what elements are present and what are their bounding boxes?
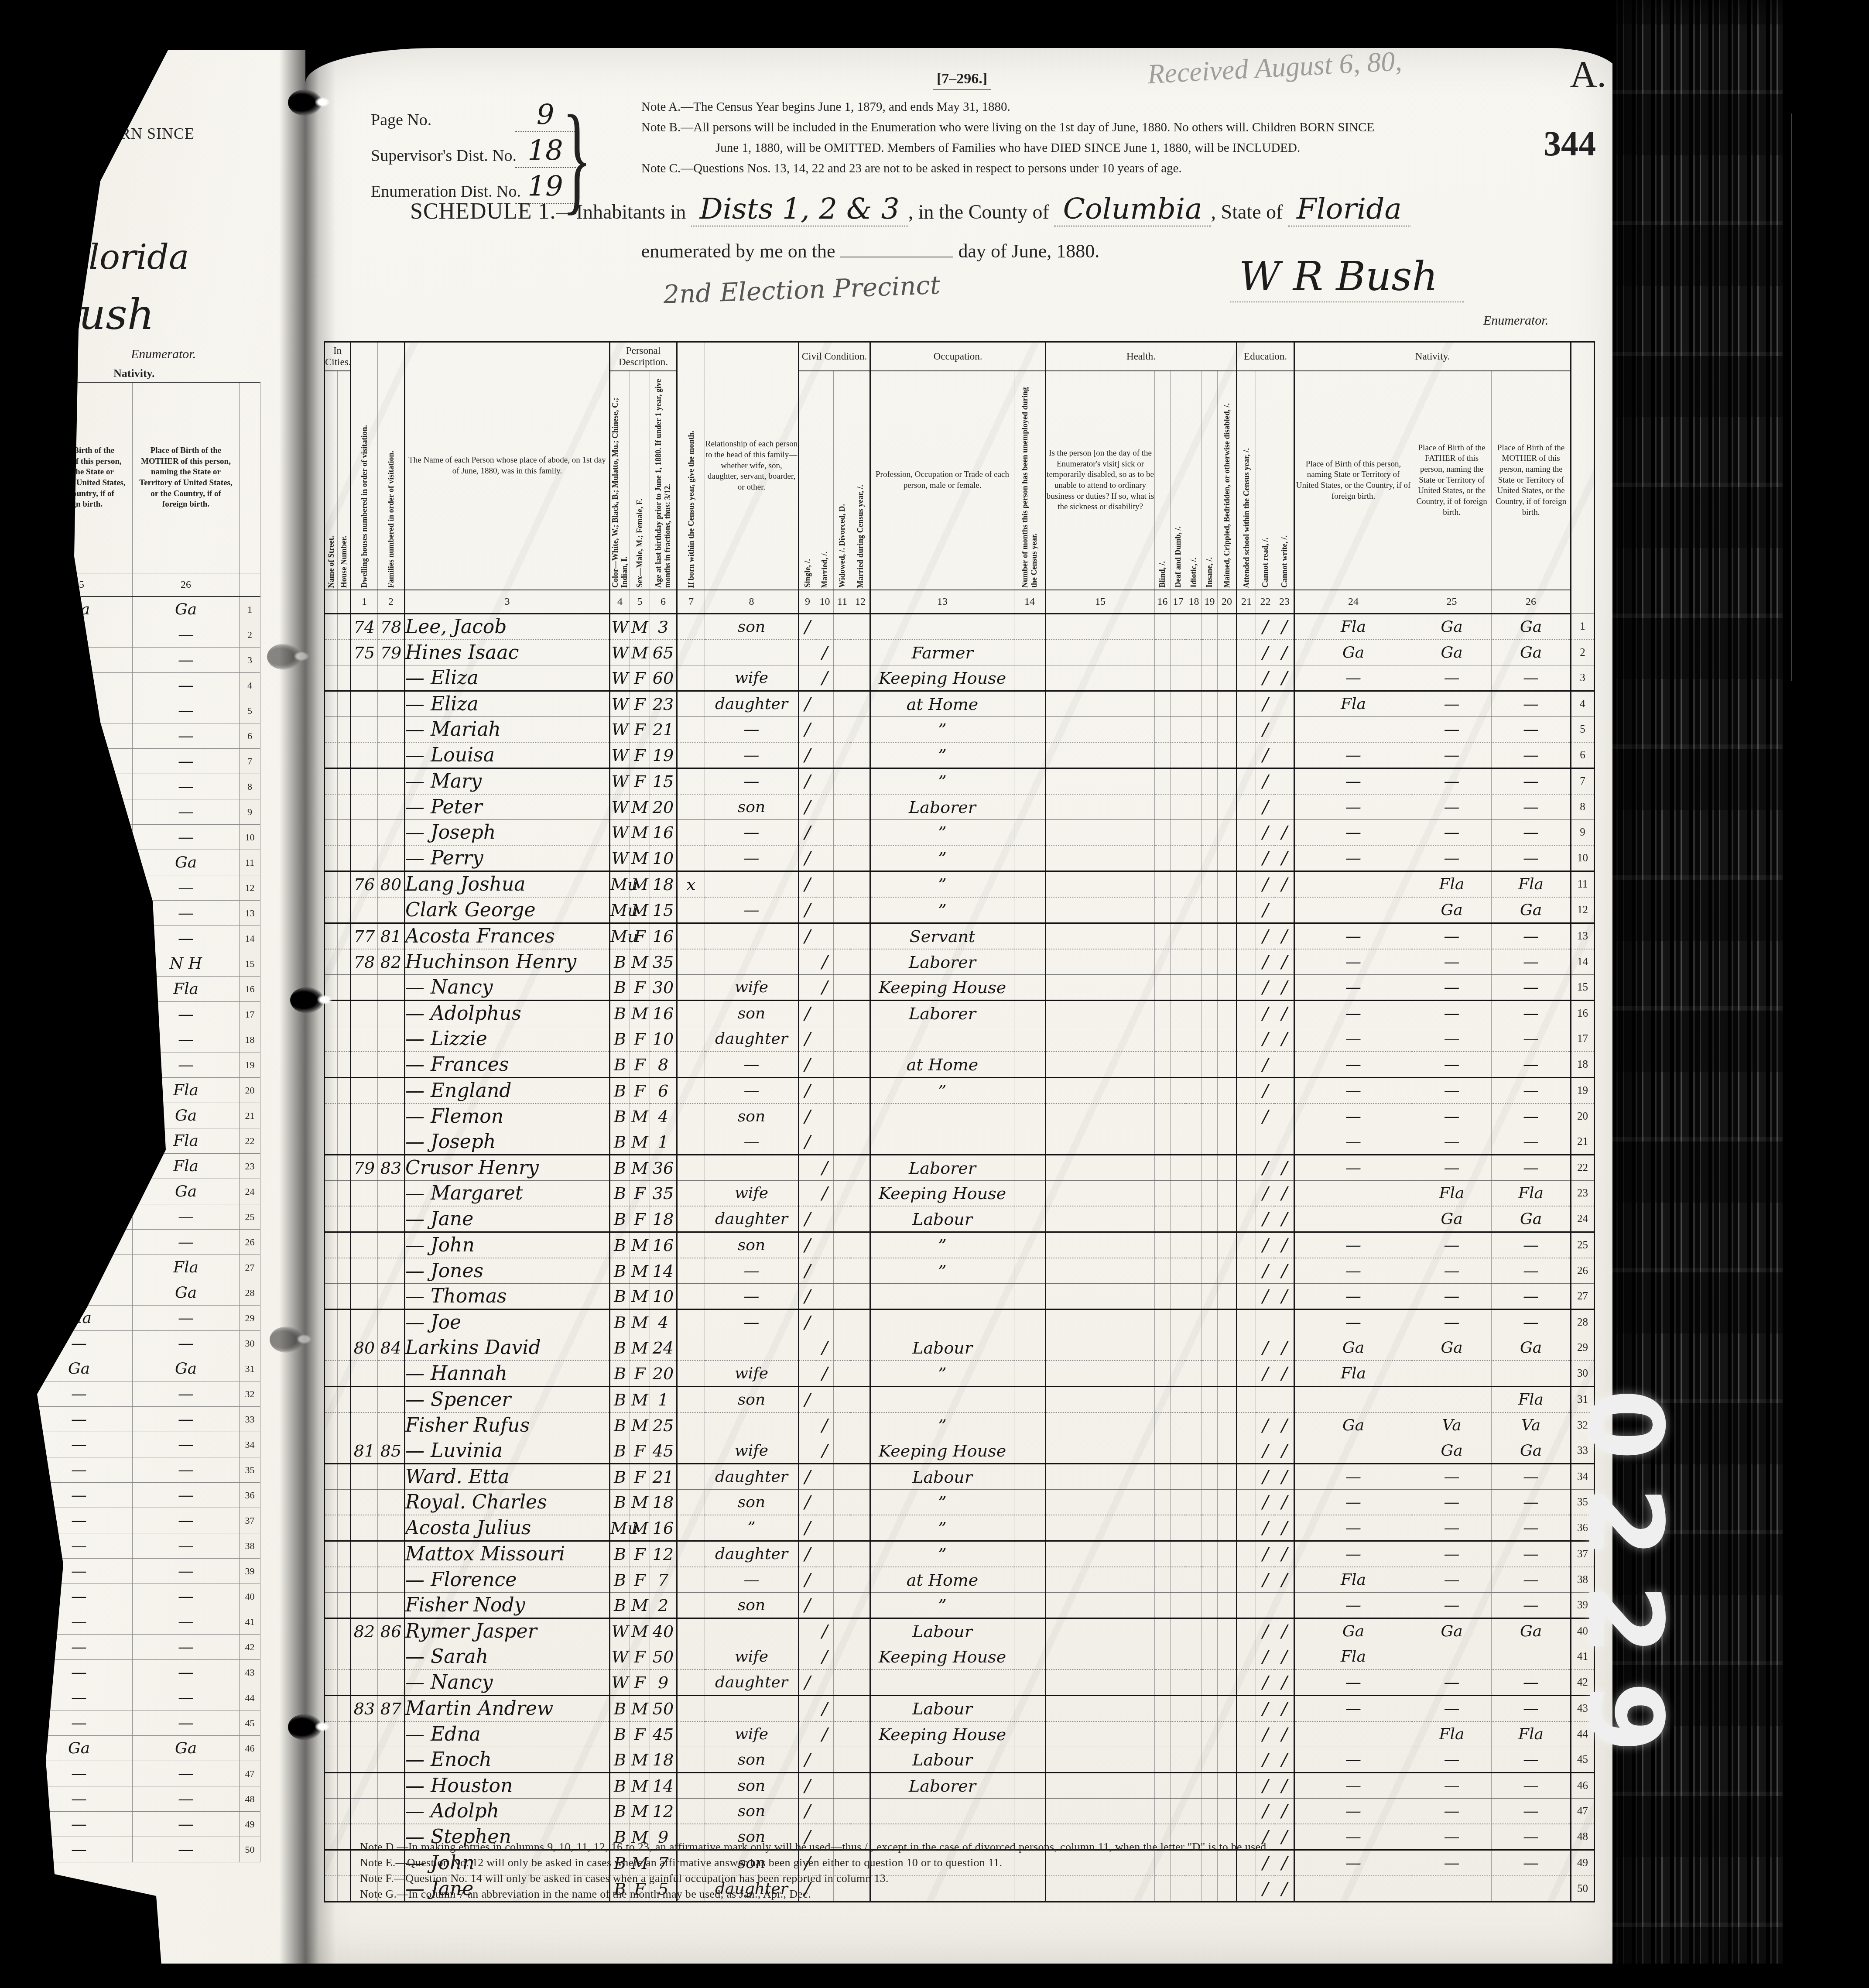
cell xyxy=(1237,1541,1256,1567)
left-table-row: GaGa1 xyxy=(26,596,260,622)
cell: ” xyxy=(870,1593,1014,1618)
cell: son xyxy=(705,1747,799,1773)
cell xyxy=(338,1155,351,1181)
left-row-number: 38 xyxy=(240,1533,260,1559)
cell xyxy=(677,820,705,846)
cell: Lang Joshua xyxy=(405,871,610,898)
precinct-handwriting: 2nd Election Precinct xyxy=(663,270,941,309)
cell: 14 xyxy=(1571,949,1595,975)
cell: 23 xyxy=(1571,1181,1595,1207)
cell xyxy=(834,949,851,975)
cell: M xyxy=(630,1515,650,1541)
cell xyxy=(1155,1567,1171,1593)
cell: B xyxy=(610,1567,630,1593)
cell xyxy=(677,614,705,640)
cell xyxy=(799,640,816,665)
cell: — xyxy=(1412,1078,1492,1104)
cell xyxy=(1014,691,1046,717)
table-row: — LizzieBF10daughter///———17 xyxy=(325,1026,1595,1052)
cell xyxy=(1046,949,1155,975)
cell xyxy=(1237,1181,1256,1207)
cell: — xyxy=(1412,845,1492,871)
cell: / xyxy=(1275,949,1294,975)
cell xyxy=(1186,845,1202,871)
col-widowed-header: Widowed, /. Divorced, D. xyxy=(834,371,851,590)
cell xyxy=(1237,1490,1256,1515)
cell: Labour xyxy=(870,1696,1014,1722)
cell xyxy=(351,768,378,795)
left-row-number: 43 xyxy=(240,1660,260,1685)
cell xyxy=(677,794,705,820)
col-school-header: Attended school within the Census year, … xyxy=(1237,371,1256,590)
cell: — xyxy=(1294,1232,1412,1258)
table-row: 8387Martin AndrewBM50/Labour//———43 xyxy=(325,1696,1595,1722)
cell xyxy=(1171,1618,1186,1644)
table-row: — HoustonBM14son/Laborer//———46 xyxy=(325,1773,1595,1799)
cell: M xyxy=(630,1618,650,1644)
cell xyxy=(1155,1335,1171,1361)
cell: M xyxy=(630,845,650,871)
cell xyxy=(1046,614,1155,640)
column-number: 16 xyxy=(1155,590,1171,614)
cell xyxy=(1202,1747,1218,1773)
cell: / xyxy=(799,923,816,949)
cell xyxy=(338,1001,351,1026)
cell: Keeping House xyxy=(870,665,1014,691)
cell xyxy=(1155,1206,1171,1232)
cell: — xyxy=(26,1331,133,1356)
cell xyxy=(1275,897,1294,923)
cell xyxy=(1046,1567,1155,1593)
cell: — Jane xyxy=(405,1206,610,1232)
col-insane-header: Insane, /. xyxy=(1202,371,1218,590)
cell xyxy=(351,1181,378,1207)
cell xyxy=(851,1155,870,1181)
cell: ” xyxy=(870,1232,1014,1258)
cell xyxy=(1186,1747,1202,1773)
cell: — xyxy=(26,1508,133,1533)
cell xyxy=(1202,1412,1218,1438)
cell xyxy=(851,794,870,820)
binder-hole xyxy=(288,89,322,116)
cell xyxy=(816,1515,834,1541)
cell xyxy=(1275,1078,1294,1104)
cell xyxy=(1014,1309,1046,1335)
cell: — xyxy=(133,1483,240,1508)
note-a: Note A.—The Census Year begins June 1, 1… xyxy=(641,97,1374,117)
cell: — xyxy=(1412,768,1492,795)
cell: Keeping House xyxy=(870,975,1014,1001)
cell: — Sarah xyxy=(405,1644,610,1670)
cell xyxy=(834,1284,851,1309)
cell: — xyxy=(1294,742,1412,768)
cell xyxy=(1171,1001,1186,1026)
cell: 5 xyxy=(1571,717,1595,743)
cell: N H xyxy=(133,951,240,977)
cell: — xyxy=(133,1761,240,1786)
cell xyxy=(1237,1129,1256,1155)
col-single-header: Single, /. xyxy=(799,371,816,590)
cell xyxy=(834,1026,851,1052)
left-table-row: ——10 xyxy=(26,825,260,850)
cell: — Thomas xyxy=(405,1284,610,1309)
cell: / xyxy=(1256,1078,1275,1104)
cell xyxy=(870,614,1014,640)
cell: / xyxy=(1275,1876,1294,1902)
left-table-row: ——2 xyxy=(26,622,260,648)
cell xyxy=(1155,1284,1171,1309)
cell xyxy=(870,1309,1014,1335)
cell xyxy=(677,1438,705,1464)
cell xyxy=(378,691,405,717)
cell xyxy=(378,1129,405,1155)
cell: — xyxy=(133,1584,240,1609)
cell xyxy=(1186,1001,1202,1026)
col-idiotic-header: Idiotic, /. xyxy=(1186,371,1202,590)
cell: — xyxy=(1294,794,1412,820)
cell: — xyxy=(133,926,240,951)
cell: 15 xyxy=(650,768,677,795)
cell xyxy=(834,640,851,665)
cell: / xyxy=(799,614,816,640)
left-table-row: ——43 xyxy=(26,1660,260,1685)
cell xyxy=(1014,1129,1046,1155)
cell xyxy=(351,897,378,923)
left-row-number: 28 xyxy=(240,1280,260,1306)
cell xyxy=(834,1052,851,1078)
cell: B xyxy=(610,1361,630,1387)
cell xyxy=(1218,1464,1237,1490)
cell xyxy=(1218,1747,1237,1773)
cell: 86 xyxy=(378,1618,405,1644)
cell xyxy=(1014,640,1046,665)
cell xyxy=(1171,1644,1186,1670)
cell xyxy=(338,1078,351,1104)
cell: W xyxy=(610,820,630,846)
cell xyxy=(351,1232,378,1258)
cell xyxy=(1237,1669,1256,1696)
cell xyxy=(1275,1593,1294,1618)
cell xyxy=(799,665,816,691)
cell xyxy=(1046,742,1155,768)
cell xyxy=(338,1284,351,1309)
cell: F xyxy=(630,1541,650,1567)
cell xyxy=(1014,1206,1046,1232)
cell xyxy=(677,1232,705,1258)
cell: — xyxy=(1412,1258,1492,1284)
cell xyxy=(338,768,351,795)
cell xyxy=(1046,1515,1155,1541)
left-row-number: 5 xyxy=(240,698,260,723)
cell xyxy=(1155,1181,1171,1207)
cell: / xyxy=(1275,1644,1294,1670)
cell xyxy=(1218,975,1237,1001)
cell xyxy=(851,1001,870,1026)
cell: — xyxy=(1492,717,1571,743)
cell xyxy=(851,1696,870,1722)
cell xyxy=(351,1515,378,1541)
cell: — xyxy=(705,1078,799,1104)
cell: — xyxy=(705,717,799,743)
table-row: — JosephBM1—/———21 xyxy=(325,1129,1595,1155)
cell: ” xyxy=(870,845,1014,871)
cell xyxy=(378,1284,405,1309)
cell: — xyxy=(1294,1593,1412,1618)
cell: — xyxy=(1412,1490,1492,1515)
cell: — xyxy=(1492,794,1571,820)
cell: Fla xyxy=(26,1255,133,1280)
cell xyxy=(1171,665,1186,691)
cell: 4 xyxy=(650,1309,677,1335)
cell xyxy=(338,640,351,665)
cell xyxy=(378,1309,405,1335)
cell: / xyxy=(1275,1206,1294,1232)
cell: Ga xyxy=(26,1356,133,1381)
cell: B xyxy=(610,1747,630,1773)
table-row: 8286Rymer JasperWM40/Labour//GaGaGa40 xyxy=(325,1618,1595,1644)
cell: 81 xyxy=(378,923,405,949)
cell xyxy=(816,1747,834,1773)
cell: — Mary xyxy=(405,768,610,795)
cell: / xyxy=(1275,1850,1294,1876)
left-table-row: ——35 xyxy=(26,1457,260,1483)
cell: — xyxy=(133,1812,240,1837)
cell xyxy=(1237,614,1256,640)
cell: daughter xyxy=(705,1464,799,1490)
cell xyxy=(1171,1799,1186,1824)
cell: — xyxy=(1412,1284,1492,1309)
table-row: — EdnaBF45wife/Keeping House//FlaFla44 xyxy=(325,1721,1595,1747)
cell: ” xyxy=(870,768,1014,795)
cell xyxy=(1275,1129,1294,1155)
cell: — xyxy=(705,742,799,768)
cell: B xyxy=(610,1721,630,1747)
cell: son xyxy=(705,794,799,820)
cell xyxy=(834,1593,851,1618)
cell xyxy=(851,1206,870,1232)
cell xyxy=(1155,1078,1171,1104)
cell: — xyxy=(1412,1747,1492,1773)
cell xyxy=(851,845,870,871)
cell: F xyxy=(630,1181,650,1207)
cell xyxy=(1186,1541,1202,1567)
cell: Fla xyxy=(1294,1644,1412,1670)
cell: M xyxy=(630,1309,650,1335)
cell: / xyxy=(799,1669,816,1696)
cell xyxy=(677,1669,705,1696)
cell: / xyxy=(799,1232,816,1258)
cell xyxy=(1186,1335,1202,1361)
cell: — xyxy=(26,926,133,951)
cell: Royal. Charles xyxy=(405,1490,610,1515)
cell xyxy=(834,717,851,743)
cell: Mu xyxy=(610,897,630,923)
cell: — xyxy=(26,1635,133,1660)
cell: / xyxy=(799,1104,816,1129)
cell: — xyxy=(1294,1078,1412,1104)
table-row: Fisher RufusBM25/”//GaVaVa32 xyxy=(325,1412,1595,1438)
left-row-number: 23 xyxy=(240,1154,260,1179)
cell xyxy=(851,1181,870,1207)
cell: F xyxy=(630,1464,650,1490)
cell xyxy=(1186,1773,1202,1799)
cell xyxy=(1014,1669,1046,1696)
cell: Ga xyxy=(1412,640,1492,665)
cell xyxy=(1202,665,1218,691)
cell: Hines Isaac xyxy=(405,640,610,665)
cell: — xyxy=(1412,1824,1492,1850)
cell: Clark George xyxy=(405,897,610,923)
cell: M xyxy=(630,1284,650,1309)
cell xyxy=(816,923,834,949)
cell: / xyxy=(816,1181,834,1207)
left-nativity-table: Place of Birth of the FATHER of this per… xyxy=(25,382,260,1862)
cell: — Louisa xyxy=(405,742,610,768)
cell: F xyxy=(630,1567,650,1593)
cell xyxy=(816,845,834,871)
cell xyxy=(351,975,378,1001)
cell: son xyxy=(705,1799,799,1824)
cell xyxy=(1186,665,1202,691)
cell: 7 xyxy=(650,1567,677,1593)
cell: Labour xyxy=(870,1747,1014,1773)
cell: B xyxy=(610,1387,630,1413)
cell: 16 xyxy=(650,1001,677,1026)
column-number: 26 xyxy=(1492,590,1571,614)
cell xyxy=(1046,1593,1155,1618)
cell xyxy=(1171,975,1186,1001)
cell xyxy=(1014,1335,1046,1361)
cell: — Adolphus xyxy=(405,1001,610,1026)
cell xyxy=(705,923,799,949)
cell xyxy=(677,1052,705,1078)
cell xyxy=(1237,1361,1256,1387)
cell xyxy=(834,871,851,898)
cell xyxy=(1202,1206,1218,1232)
left-row-number: 33 xyxy=(240,1407,260,1432)
cell: F xyxy=(630,1206,650,1232)
cell: Ga xyxy=(133,850,240,875)
cell: — xyxy=(1412,1515,1492,1541)
cell: at Home xyxy=(870,1052,1014,1078)
cell xyxy=(677,1309,705,1335)
cell: Huchinson Henry xyxy=(405,949,610,975)
cell: Acosta Julius xyxy=(405,1515,610,1541)
cell: son xyxy=(705,614,799,640)
cell xyxy=(816,1799,834,1824)
cell xyxy=(1046,1799,1155,1824)
table-row: — LouisaWF19—/”/———6 xyxy=(325,742,1595,768)
cell xyxy=(351,820,378,846)
cell xyxy=(816,1078,834,1104)
cell xyxy=(677,1593,705,1618)
cell: — Joseph xyxy=(405,820,610,846)
cell: / xyxy=(799,871,816,898)
cell xyxy=(870,1129,1014,1155)
cell xyxy=(1046,897,1155,923)
cell: son xyxy=(705,1490,799,1515)
cell xyxy=(851,1541,870,1567)
cell xyxy=(1218,1618,1237,1644)
cell xyxy=(1218,1438,1237,1464)
cell xyxy=(677,897,705,923)
cell xyxy=(1171,1593,1186,1618)
cell xyxy=(378,794,405,820)
cell xyxy=(851,1232,870,1258)
left-table-row: EnglandN H15 xyxy=(26,951,260,977)
cell: — xyxy=(1412,923,1492,949)
cell: ” xyxy=(705,1515,799,1541)
cell xyxy=(677,1464,705,1490)
cell: 21 xyxy=(1571,1129,1595,1155)
cell: B xyxy=(610,1490,630,1515)
cell xyxy=(1275,794,1294,820)
cell xyxy=(816,1773,834,1799)
cell: 26 xyxy=(1571,1258,1595,1284)
left-number-row: 25 26 xyxy=(26,573,260,597)
cell: — Eliza xyxy=(405,691,610,717)
cell xyxy=(834,1387,851,1413)
cell: — xyxy=(1294,975,1412,1001)
cell xyxy=(1155,1129,1171,1155)
cell: — xyxy=(1412,1052,1492,1078)
cell: 10 xyxy=(650,845,677,871)
left-row-number: 1 xyxy=(240,596,260,622)
cell: — xyxy=(1294,923,1412,949)
cell xyxy=(1275,1387,1294,1413)
cell xyxy=(851,923,870,949)
cell xyxy=(705,1696,799,1722)
cell: wife xyxy=(705,1181,799,1207)
cell: 81 xyxy=(351,1438,378,1464)
cell: / xyxy=(1256,691,1275,717)
cell xyxy=(1014,1747,1046,1773)
cell: ” xyxy=(870,742,1014,768)
cell: — xyxy=(26,698,133,723)
left-row-number: 3 xyxy=(240,648,260,673)
cell xyxy=(1218,1773,1237,1799)
cell xyxy=(816,1001,834,1026)
cell xyxy=(1202,1669,1218,1696)
cell: B xyxy=(610,1052,630,1078)
cell: 84 xyxy=(378,1335,405,1361)
cell xyxy=(1202,1078,1218,1104)
cell xyxy=(816,1490,834,1515)
cell xyxy=(851,1593,870,1618)
cell xyxy=(1202,923,1218,949)
cell xyxy=(351,1773,378,1799)
left-table-row: ——39 xyxy=(26,1559,260,1584)
cell: — xyxy=(1492,691,1571,717)
left-col25-header: Place of Birth of the FATHER of this per… xyxy=(26,382,133,573)
cell xyxy=(1171,1026,1186,1052)
col-cannot-write-header: Cannot write, /. xyxy=(1275,371,1294,590)
cell xyxy=(338,794,351,820)
cell: — xyxy=(133,1204,240,1230)
cell xyxy=(851,1078,870,1104)
cell xyxy=(338,1206,351,1232)
cell xyxy=(351,665,378,691)
cell xyxy=(834,1361,851,1387)
cell xyxy=(834,1541,851,1567)
cell xyxy=(1275,742,1294,768)
cell: / xyxy=(1256,1567,1275,1593)
cell: wife xyxy=(705,1721,799,1747)
cell xyxy=(1155,1052,1171,1078)
cell: / xyxy=(1256,1490,1275,1515)
cell: / xyxy=(1275,1026,1294,1052)
cell: 60 xyxy=(650,665,677,691)
